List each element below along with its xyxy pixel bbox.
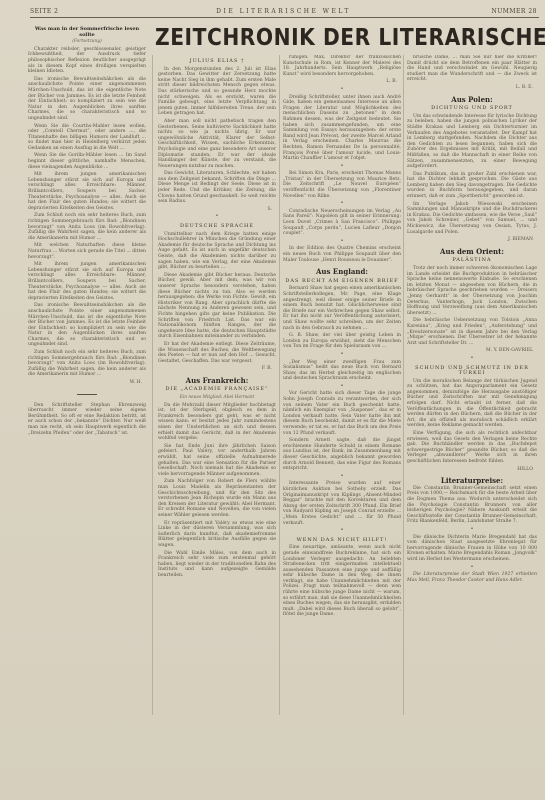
paragraph: Eine neuartige, amüsante, wenn auch nich… xyxy=(283,545,401,618)
paragraph: Zum Schluß noch ein sehr heiteres Buch, … xyxy=(28,350,146,378)
issue-number: NUMMER 28 xyxy=(491,8,537,15)
paragraph: Zum Schluß noch ein sehr heiteres Buch, … xyxy=(28,213,146,241)
section-heading: DIE „ACADÉMIE FRANÇAISE“ xyxy=(158,387,276,393)
paragraph: In den Morgenstunden des 2. Juli ist Eli… xyxy=(158,67,276,117)
section-heading: DEUTSCHE SPRACHE xyxy=(158,224,276,230)
paragraph: Bei Simon Kra, Paris, erscheint Thomas M… xyxy=(283,171,401,199)
paragraph: G. B. Shaw, der viel über geistig Leben … xyxy=(283,333,401,350)
paragraph: Das ironische Bewußtseinshäkchen als die… xyxy=(28,303,146,348)
column-1: Was man in der Sommerfrische lesen sollt… xyxy=(28,25,146,775)
column-4: brüsche Dame, ... man Sie nur hier die K… xyxy=(407,55,537,775)
paragraph: Dreißig Schriftsteller, unter ihnen auch… xyxy=(283,95,401,162)
separator-star: • xyxy=(283,239,401,245)
signature: HILLO xyxy=(407,467,533,473)
separator-star: • xyxy=(283,528,401,534)
paragraph: Sie hat Ende Juni ihre jährlichen Saison… xyxy=(158,444,276,478)
article-subtitle: (Fortsetzung) xyxy=(28,39,146,45)
signature: F. B. xyxy=(158,366,272,372)
paragraph: Vor Gericht hatte sich dieser Tage die j… xyxy=(283,391,401,436)
paragraph: Eine Verfügung, die sich als rechtlich a… xyxy=(407,431,537,465)
paragraph: Die Constantin Brunner-Gemeinschaft setz… xyxy=(407,486,537,525)
paragraph: Conradische Neuerscheinungen im Verlag „… xyxy=(283,209,401,237)
paragraph: „Der Weg einer zweifligen Frau zum Sozia… xyxy=(283,360,401,382)
section-heading: PALÄSTINA xyxy=(407,258,537,264)
section-heading: JULIUS ELIAS † xyxy=(158,59,276,65)
separator-star: • xyxy=(407,356,537,362)
header-rule xyxy=(30,17,539,18)
signature: S. xyxy=(158,207,272,213)
signature: L. B. E. xyxy=(407,85,533,91)
region-heading: Aus dem Orient: xyxy=(407,249,537,255)
section-heading: WENN DAS NICHT HILFT! xyxy=(283,538,401,544)
column-divider xyxy=(152,55,153,715)
paragraph: Wenn Sie die Courths-Mahler lesen wollen… xyxy=(28,124,146,152)
section-heading: DAS RECHT AM EIGENEN BRIEF xyxy=(283,279,401,285)
paragraph: Aber man soll nicht pathetisch tragen de… xyxy=(158,119,276,169)
column-divider xyxy=(279,55,280,715)
column-3: ruhigen. Max, Direktor der französischen… xyxy=(283,55,401,775)
paragraph: Die dänische Dichterin Marie Bregendahl … xyxy=(407,535,537,563)
paragraph: Charakter reibsler, geschlossenaler, gei… xyxy=(28,47,146,75)
section-subheading: Ein neues Mitglied: Abel Hermant xyxy=(158,395,276,401)
publication-name: DIE LITERARISCHE WELT xyxy=(30,8,537,15)
paragraph: Das Publikum, das in großer Zahl erschie… xyxy=(407,172,537,200)
paragraph: Die Wahl Emile Mâles, von dem auch in Fr… xyxy=(158,551,276,579)
separator-star: • xyxy=(158,214,276,220)
separator-star: • xyxy=(407,527,537,533)
column-divider xyxy=(403,55,404,715)
section-heading: SCHUND UND SCHMUTZ IN DER TÜRKEI xyxy=(407,366,537,377)
paragraph: Diese Akademie gibt Bücher heraus. Deuts… xyxy=(158,273,276,340)
signature: L. B. xyxy=(283,79,397,85)
section-rule xyxy=(77,394,97,395)
region-heading: Aus Frankreich: xyxy=(158,378,276,384)
region-heading: Aus Polen: xyxy=(407,97,537,103)
paragraph: Unmittelbar nach dem Kriege hatten einig… xyxy=(158,232,276,271)
paragraph: Die hebräische Uebersetzung von Tolstois… xyxy=(407,318,537,346)
article-title: Was man in der Sommerfrische lesen sollt… xyxy=(28,27,146,38)
signature: J. BIEMAN xyxy=(407,237,533,243)
paragraph: Zum Nachfolger von Robert de Flers wählt… xyxy=(158,479,276,518)
newspaper-page: SEITE 2 DIE LITERARISCHE WELT NUMMER 28 … xyxy=(0,0,545,800)
region-heading: Literaturpreise: xyxy=(407,478,537,484)
paragraph: In der Edition des Quatre Chemins ersche… xyxy=(283,246,401,263)
paragraph: Er hat der Akademie entlegt. Diese Zeitr… xyxy=(158,342,276,364)
separator-star: • xyxy=(283,87,401,93)
section-heading: DICHTUNG UND SPORT xyxy=(407,106,537,112)
paragraph: Um das schwindende Interesse für lyrisch… xyxy=(407,114,537,170)
paragraph: ruhigen. Max, Direktor der französischen… xyxy=(283,55,401,77)
paragraph: brüsche Dame, ... man Sie nur hier die K… xyxy=(407,55,537,83)
paragraph: Die Literaturpreise der Stadt Wien 1927 … xyxy=(407,572,537,583)
separator-star: • xyxy=(283,164,401,170)
separator-star: • xyxy=(407,565,537,571)
paragraph: Mit ihrem jungen amerikanischen Lebenshu… xyxy=(28,172,146,211)
paragraph: Mit welchen Naturhaften diese kleine Nat… xyxy=(28,243,146,260)
paragraph: Mit ihrem jungen amerikanischen Lebenshu… xyxy=(28,262,146,301)
separator-star: • xyxy=(283,384,401,390)
paragraph: Bernard Shaw hat gegen einen amerikanisc… xyxy=(283,286,401,331)
region-heading: Aus England: xyxy=(283,269,401,275)
paragraph: Den Schriftsteller Stephan Ehrenzweig üb… xyxy=(28,403,146,437)
paragraph: Sondern Arnett sagte, daß die jüngst ers… xyxy=(283,438,401,472)
separator-star: • xyxy=(283,474,401,480)
signature: W. H. xyxy=(28,380,142,386)
paragraph: Das ironische Bewußtseinshäkchen als die… xyxy=(28,77,146,122)
paragraph: Trotz der noch immer schweren ökonomisch… xyxy=(407,266,537,316)
masthead-title: ZEITCHRONIK DER LITERARISCHEN WELT xyxy=(155,25,493,51)
separator-star: • xyxy=(283,201,401,207)
paragraph: Im Verlage Jakob Wiesowski erscheinen Sa… xyxy=(407,202,537,236)
separator-star: • xyxy=(283,352,401,358)
paragraph: Das Gewicht, Literaturen, Schlechte, wir… xyxy=(158,171,276,205)
paragraph: Interessante Preise wurden auf einer kür… xyxy=(283,481,401,526)
paragraph: Da die Mehrzahl dieser Mitglieder hochbe… xyxy=(158,403,276,442)
signature: M. Y. BEN-GAVRIEL xyxy=(407,348,533,354)
paragraph: Wenn Sie die Gorilla-Mähler lesen ... Im… xyxy=(28,153,146,170)
paragraph: Um die moralischen Belange der türkische… xyxy=(407,379,537,429)
column-2: JULIUS ELIAS † In den Morgenstunden des … xyxy=(158,55,276,775)
paragraph: Er repräsentiert mit Valéry so etwas wie… xyxy=(158,521,276,549)
